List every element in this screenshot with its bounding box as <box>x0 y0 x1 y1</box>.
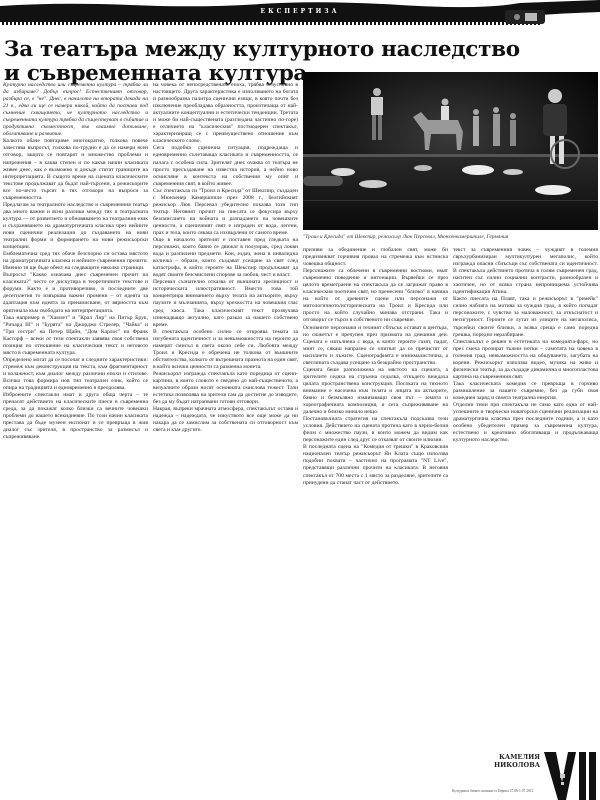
article-paragraph: Както пиесата на Плавт, така и режисьоръ… <box>453 296 598 338</box>
article-photo <box>303 72 598 230</box>
article-column-4: текст за съвременния човек – чуждият в г… <box>453 247 598 682</box>
article-paragraph: текст за съвременния човек – чуждият в г… <box>453 247 598 296</box>
article-paragraph: Сцената беше разположена на мястото на с… <box>303 367 448 416</box>
article-paragraph: Накрая, въпреки мрачната атмосфера, спек… <box>153 406 298 434</box>
page-footer-note: Културни и бизнес новини от Европа 27.06… <box>452 789 533 793</box>
article-column-3: призиви за обединение и глобален свят, м… <box>303 247 448 800</box>
article-paragraph: Определено могат да се посочат и следнит… <box>3 357 148 392</box>
article-paragraph: Сега подобна сценична ситуация, подрежда… <box>153 145 298 187</box>
article-paragraph: Въпросът "Какво означава днес съвременен… <box>3 272 148 314</box>
author-first-name: КАМЕЛИЯ <box>480 753 540 761</box>
article-paragraph: Персонажите са облечени в съвременни кос… <box>303 268 448 324</box>
article-paragraph: Отделни теми при спектакъла не само като… <box>453 402 598 444</box>
stage-scene-image <box>303 72 598 230</box>
article-paragraph: Персевал съзнателно отказва от външната … <box>153 279 298 328</box>
article-paragraph: Режисьорът изгражда спектакъла като поре… <box>153 371 298 406</box>
article-paragraph: Емблематична сред тях обаче безспорно си… <box>3 251 148 272</box>
article-paragraph: Спектакълът е решен в естетиката на коме… <box>453 339 598 381</box>
article-lead: Културно наследство или съвременна култу… <box>3 82 148 138</box>
article-paragraph: на човека от непосредствената епоха, тря… <box>153 82 298 145</box>
article-paragraph: Колкото обаче повтаряме многократно, тол… <box>3 138 148 201</box>
article-column-1: Културно наследство или съвременна култу… <box>3 82 148 800</box>
author-last-name: НИКОЛОВА <box>480 761 540 769</box>
article-paragraph: Изброените спектакли имат и друга обща ч… <box>3 392 148 441</box>
article-column-2: на човека от непосредствената епоха, тря… <box>153 82 298 800</box>
article-paragraph: призиви за обединение и глобален свят, м… <box>303 247 448 268</box>
article-paragraph: Със спектакъла си "Троил и Кресида" от Ш… <box>153 188 298 237</box>
column-1-body: Колкото обаче повтаряме многократно, тол… <box>3 138 148 441</box>
article-paragraph: Постановъчната стратегия на спектакъла п… <box>303 416 448 444</box>
author-byline: КАМЕЛИЯ НИКОЛОВА <box>480 753 540 769</box>
zipper-vii-logo-icon <box>542 752 598 800</box>
photo-caption: "Троил и Кресида" от Шекспир, режисьор Л… <box>303 234 598 240</box>
article-paragraph: Основните персонажи и техният сблъсък ос… <box>303 325 448 367</box>
article-paragraph: В последната сцена на "Комедия от грешки… <box>303 444 448 486</box>
section-rubric: ЕКСПЕРТИЗА <box>0 8 600 15</box>
article-paragraph: Така класическата комедия се превръща в … <box>453 381 598 402</box>
article-paragraph: Още в началото зрителят е поставен пред … <box>153 237 298 279</box>
article-paragraph: Така например в "Хамлет" и "Крал Лир" на… <box>3 315 148 357</box>
article-paragraph: В спектакъла особено силно се откроява т… <box>153 329 298 371</box>
article-paragraph: Предлагам за театралното наследство и съ… <box>3 202 148 251</box>
